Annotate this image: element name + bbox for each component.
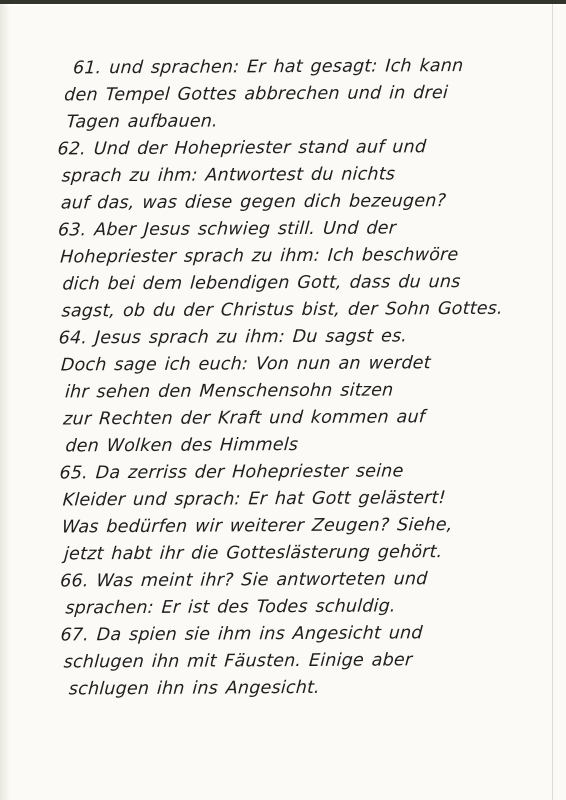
handwritten-text-block: 61. und sprachen: Er hat gesagt: Ich kan… [56, 53, 544, 704]
scan-edge-left [0, 4, 10, 800]
handwritten-line: den Wolken des Himmels [58, 431, 544, 461]
handwritten-line: Tagen aufbauen. [57, 107, 543, 137]
handwritten-line: auf das, was diese gegen dich bezeugen? [57, 188, 543, 218]
scan-edge-top [0, 0, 566, 4]
handwritten-line: dich bei dem lebendigen Gott, dass du un… [58, 269, 544, 299]
scan-edge-right [552, 4, 553, 800]
handwritten-line: Kleider und sprach: Er hat Gott geläster… [59, 485, 545, 515]
handwritten-line: 61. und sprachen: Er hat gesagt: Ich kan… [56, 53, 542, 83]
handwritten-line: Doch sage ich euch: Von nun an werdet [58, 350, 544, 380]
handwritten-line: sprachen: Er ist des Todes schuldig. [59, 593, 545, 623]
handwritten-line: sprach zu ihm: Antwortest du nichts [57, 161, 543, 191]
handwritten-line: 63. Aber Jesus schwieg still. Und der [57, 215, 543, 245]
handwritten-line: Hohepriester sprach zu ihm: Ich beschwör… [57, 242, 543, 272]
scanned-page: 61. und sprachen: Er hat gesagt: Ich kan… [0, 0, 566, 800]
handwritten-line: 67. Da spien sie ihm ins Angesicht und [60, 620, 546, 650]
handwritten-line: schlugen ihn ins Angesicht. [60, 674, 546, 704]
handwritten-line: sagst, ob du der Christus bist, der Sohn… [58, 296, 544, 326]
handwritten-line: schlugen ihn mit Fäusten. Einige aber [60, 647, 546, 677]
handwritten-line: Was bedürfen wir weiterer Zeugen? Siehe, [59, 512, 545, 542]
handwritten-line: 65. Da zerriss der Hohepriester seine [59, 458, 545, 488]
handwritten-line: ihr sehen den Menschensohn sitzen [58, 377, 544, 407]
handwritten-line: zur Rechten der Kraft und kommen auf [58, 404, 544, 434]
handwritten-line: den Tempel Gottes abbrechen und in drei [56, 80, 542, 110]
handwritten-line: jetzt habt ihr die Gotteslästerung gehör… [59, 539, 545, 569]
handwritten-line: 64. Jesus sprach zu ihm: Du sagst es. [58, 323, 544, 353]
handwritten-line: 62. Und der Hohepriester stand auf und [57, 134, 543, 164]
handwritten-line: 66. Was meint ihr? Sie antworteten und [59, 566, 545, 596]
